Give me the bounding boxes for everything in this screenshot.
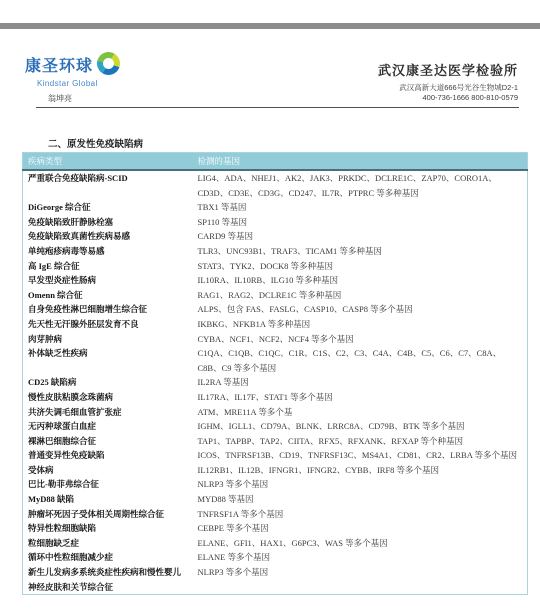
disease-name-cell: 自身免疫性淋巴细胞增生综合征 <box>23 302 193 317</box>
company-address: 武汉高新大道666号光谷生物城D2-1 <box>378 83 518 93</box>
genes-cell: CARD9 等基因 <box>193 229 528 244</box>
table-row: 单纯疱疹病毒等易感 TLR3、UNC93B1、TRAF3、TICAM1 等多种基… <box>23 244 528 259</box>
genes-cell: NLRP3 等多个基因 <box>193 565 528 595</box>
genes-cell: RAG1、RAG2、DCLRE1C 等多种基因 <box>193 288 528 303</box>
genes-cell: TLR3、UNC93B1、TRAF3、TICAM1 等多种基因 <box>193 244 528 259</box>
disease-name-cell: CD25 缺陷病 <box>23 375 193 390</box>
document-page: 康圣环球 Kindstar Global 翁坤亮 武汉康圣达医学检验所 武汉高新… <box>0 0 540 609</box>
table-row: 新生儿发病多系统炎症性疾病和慢性婴儿神经皮肤和关节综合征 NLRP3 等多个基因 <box>23 565 528 595</box>
genes-cell: TNFRSF1A 等多个基因 <box>193 507 528 522</box>
genes-cell: ELANE 等多个基因 <box>193 550 528 565</box>
column-header-disease: 疾病类型 <box>23 153 193 171</box>
header-divider-line <box>36 107 519 108</box>
genes-cell: STAT3、TYK2、DOCK8 等多种基因 <box>193 259 528 274</box>
table-row: 受体病 IL12RB1、IL12B、IFNGR1、IFNGR2、CYBB、IRF… <box>23 463 528 478</box>
disease-name-cell: 新生儿发病多系统炎症性疾病和慢性婴儿神经皮肤和关节综合征 <box>23 565 193 595</box>
genes-cell: MYD88 等基因 <box>193 492 528 507</box>
genes-cell: IGHM、IGLL1、CD79A、BLNK、LRRC8A、CD79B、BTK 等… <box>193 419 528 434</box>
company-info-block: 武汉康圣达医学检验所 武汉高新大道666号光谷生物城D2-1 400-736-1… <box>378 60 518 103</box>
disease-name-cell: 严重联合免疫缺陷病-SCID <box>23 170 193 200</box>
top-divider-bar <box>0 23 540 29</box>
table-row: 无丙种球蛋白血症 IGHM、IGLL1、CD79A、BLNK、LRRC8A、CD… <box>23 419 528 434</box>
genes-cell: IL17RA、IL17F、STAT1 等多个基因 <box>193 390 528 405</box>
table-row: 免疫缺陷致肝静脉栓塞 SP110 等基因 <box>23 215 528 230</box>
logo-text-en: Kindstar Global <box>37 79 185 88</box>
disease-name-cell: 粒细胞缺乏症 <box>23 536 193 551</box>
disease-name-cell: 免疫缺陷致肝静脉栓塞 <box>23 215 193 230</box>
disease-name-cell: 肉芽肿病 <box>23 332 193 347</box>
table-row: 严重联合免疫缺陷病-SCID LIG4、ADA、NHEJ1、AK2、JAK3、P… <box>23 170 528 200</box>
disease-name-cell: 慢性皮肤粘膜念珠菌病 <box>23 390 193 405</box>
table-row: 免疫缺陷致真菌性疾病易感 CARD9 等基因 <box>23 229 528 244</box>
disease-name-cell: MyD88 缺陷 <box>23 492 193 507</box>
genes-cell: ATM、MRE11A 等多个基 <box>193 405 528 420</box>
column-header-genes: 检测的基因 <box>193 153 528 171</box>
brand-block: 康圣环球 Kindstar Global 翁坤亮 <box>25 56 185 104</box>
table-row: MyD88 缺陷 MYD88 等基因 <box>23 492 528 507</box>
table-row: 补体缺乏性疾病 C1QA、C1QB、C1QC、C1R、C1S、C2、C3、C4A… <box>23 346 528 375</box>
logo-text-cn: 康圣环球 <box>25 58 93 75</box>
table-row: 共济失调毛细血管扩张症 ATM、MRE11A 等多个基 <box>23 405 528 420</box>
table-row: 自身免疫性淋巴细胞增生综合征 ALPS、包含 FAS、FASLG、CASP10、… <box>23 302 528 317</box>
section-title: 二、原发性免疫缺陷病 <box>48 136 143 150</box>
table-row: 慢性皮肤粘膜念珠菌病 IL17RA、IL17F、STAT1 等多个基因 <box>23 390 528 405</box>
disease-name-cell: 共济失调毛细血管扩张症 <box>23 405 193 420</box>
signature-name: 翁坤亮 <box>48 93 185 104</box>
table-row: 裸淋巴细胞综合征 TAP1、TAPBP、TAP2、CIITA、RFX5、RFXA… <box>23 434 528 449</box>
disease-name-cell: 特异性粒细胞缺陷 <box>23 521 193 536</box>
table-header-row: 疾病类型 检测的基因 <box>23 153 528 171</box>
disease-name-cell: 高 IgE 综合征 <box>23 259 193 274</box>
logo-row: 康圣环球 <box>25 56 185 78</box>
table-row: 循环中性粒细胞减少症 ELANE 等多个基因 <box>23 550 528 565</box>
table-body: 严重联合免疫缺陷病-SCID LIG4、ADA、NHEJ1、AK2、JAK3、P… <box>23 170 528 595</box>
genes-cell: SP110 等基因 <box>193 215 528 230</box>
genes-cell: C1QA、C1QB、C1QC、C1R、C1S、C2、C3、C4A、C4B、C5、… <box>193 346 528 375</box>
disease-name-cell: 裸淋巴细胞综合征 <box>23 434 193 449</box>
table-row: DiGeorge 综合征 TBX1 等基因 <box>23 200 528 215</box>
table-row: 巴比-勒菲弗综合征 NLRP3 等多个基因 <box>23 477 528 492</box>
genes-cell: CYBA、NCF1、NCF2、NCF4 等多个基因 <box>193 332 528 347</box>
table-row: 肿瘤坏死因子受体相关周期性综合征 TNFRSF1A 等多个基因 <box>23 507 528 522</box>
genes-cell: IL10RA、IL10RB、ILG10 等多种基因 <box>193 273 528 288</box>
disease-name-cell: Omenn 综合征 <box>23 288 193 303</box>
genes-cell: TBX1 等基因 <box>193 200 528 215</box>
table-row: 肉芽肿病 CYBA、NCF1、NCF2、NCF4 等多个基因 <box>23 332 528 347</box>
genes-cell: IL2RA 等基因 <box>193 375 528 390</box>
kindstar-swirl-icon <box>97 52 120 75</box>
disease-name-cell: 循环中性粒细胞减少症 <box>23 550 193 565</box>
disease-name-cell: 肿瘤坏死因子受体相关周期性综合征 <box>23 507 193 522</box>
disease-name-cell: 免疫缺陷致真菌性疾病易感 <box>23 229 193 244</box>
genes-cell: LIG4、ADA、NHEJ1、AK2、JAK3、PRKDC、DCLRE1C、ZA… <box>193 170 528 200</box>
genes-cell: TAP1、TAPBP、TAP2、CIITA、RFX5、RFXANK、RFXAP … <box>193 434 528 449</box>
gene-table: 疾病类型 检测的基因 严重联合免疫缺陷病-SCID LIG4、ADA、NHEJ1… <box>22 152 528 595</box>
company-name: 武汉康圣达医学检验所 <box>378 60 518 79</box>
disease-name-cell: 单纯疱疹病毒等易感 <box>23 244 193 259</box>
table-row: 粒细胞缺乏症 ELANE、GFI1、HAX1、G6PC3、WAS 等多个基因 <box>23 536 528 551</box>
genes-cell: IL12RB1、IL12B、IFNGR1、IFNGR2、CYBB、IRF8 等多… <box>193 463 528 478</box>
disease-name-cell: 普通变异性免疫缺陷 <box>23 448 193 463</box>
disease-name-cell: 无丙种球蛋白血症 <box>23 419 193 434</box>
genes-cell: NLRP3 等多个基因 <box>193 477 528 492</box>
table-row: Omenn 综合征 RAG1、RAG2、DCLRE1C 等多种基因 <box>23 288 528 303</box>
table-row: CD25 缺陷病 IL2RA 等基因 <box>23 375 528 390</box>
table-row: 先天性无汗腺外胚层发育不良 IKBKG、NFKB1A 等多种基因 <box>23 317 528 332</box>
genes-cell: ALPS、包含 FAS、FASLG、CASP10、CASP8 等多个基因 <box>193 302 528 317</box>
disease-name-cell: DiGeorge 综合征 <box>23 200 193 215</box>
disease-name-cell: 受体病 <box>23 463 193 478</box>
table-row: 特异性粒细胞缺陷 CEBPE 等多个基因 <box>23 521 528 536</box>
disease-name-cell: 补体缺乏性疾病 <box>23 346 193 375</box>
disease-name-cell: 先天性无汗腺外胚层发育不良 <box>23 317 193 332</box>
table-row: 高 IgE 综合征 STAT3、TYK2、DOCK8 等多种基因 <box>23 259 528 274</box>
disease-name-cell: 早发型炎症性肠病 <box>23 273 193 288</box>
genes-cell: CEBPE 等多个基因 <box>193 521 528 536</box>
genes-cell: IKBKG、NFKB1A 等多种基因 <box>193 317 528 332</box>
genes-cell: ELANE、GFI1、HAX1、G6PC3、WAS 等多个基因 <box>193 536 528 551</box>
disease-name-cell: 巴比-勒菲弗综合征 <box>23 477 193 492</box>
table-row: 早发型炎症性肠病 IL10RA、IL10RB、ILG10 等多种基因 <box>23 273 528 288</box>
table-row: 普通变异性免疫缺陷 ICOS、TNFRSF13B、CD19、TNFRSF13C、… <box>23 448 528 463</box>
genes-cell: ICOS、TNFRSF13B、CD19、TNFRSF13C、MS4A1、CD81… <box>193 448 528 463</box>
company-phone: 400-736-1666 800-810-0579 <box>378 93 518 103</box>
